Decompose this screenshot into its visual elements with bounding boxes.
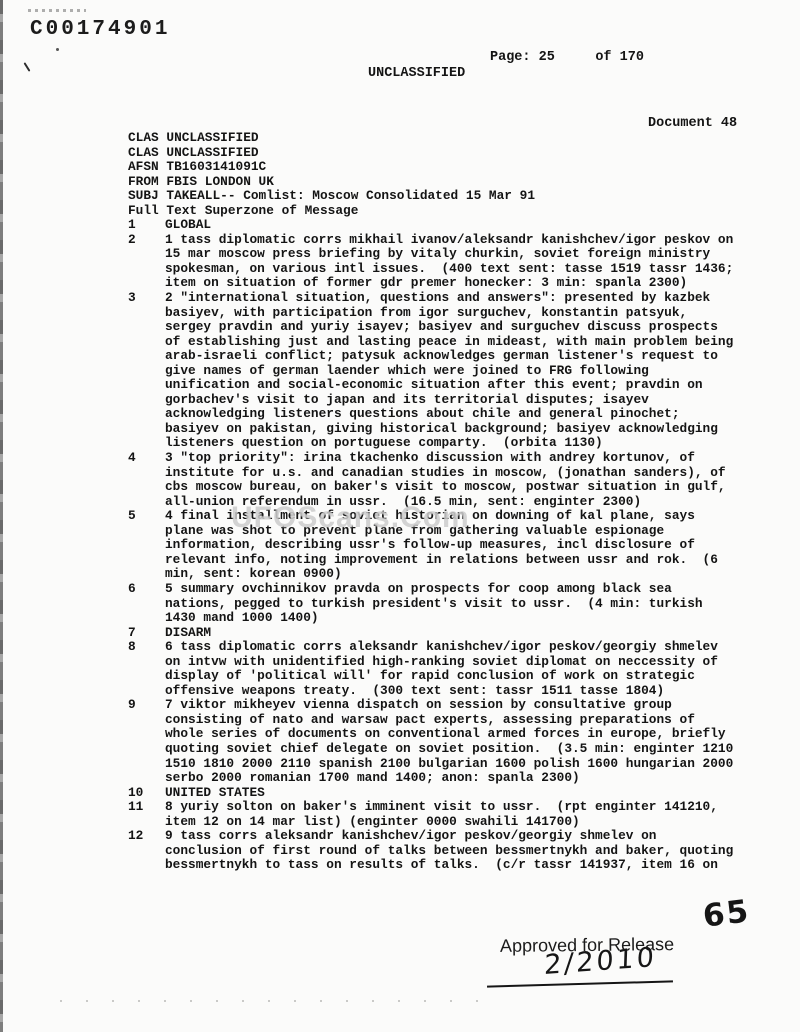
page-indicator: Page: 25 of 170: [490, 50, 644, 65]
paragraph-text: UNITED STATES: [165, 786, 265, 801]
paragraph-text: GLOBAL: [165, 218, 211, 233]
header-line: FROM FBIS LONDON UK: [128, 175, 788, 190]
header-line: CLAS UNCLASSIFIED: [128, 131, 788, 146]
paragraph: 6 5 summary ovchinnikov pravda on prospe…: [128, 582, 788, 626]
paragraph: 7 DISARM: [128, 626, 788, 641]
paragraph-text: 6 tass diplomatic corrs aleksandr kanish…: [165, 640, 718, 698]
paragraph-text: 1 tass diplomatic corrs mikhail ivanov/a…: [165, 233, 733, 291]
approval-signature-line: [487, 980, 673, 987]
paragraph: 12 9 tass corrs aleksandr kanishchev/igo…: [128, 829, 788, 873]
paragraph-number: 9: [128, 698, 165, 785]
paragraph-number: 8: [128, 640, 165, 698]
paragraph: 2 1 tass diplomatic corrs mikhail ivanov…: [128, 233, 788, 291]
header-line: AFSN TB1603141091C: [128, 160, 788, 175]
scan-speckle-top: [28, 9, 86, 12]
document-page: C00174901 Page: 25 of 170 UNCLASSIFIED D…: [0, 0, 800, 1032]
classification-header: UNCLASSIFIED: [368, 66, 465, 81]
paragraph: 9 7 viktor mikheyev vienna dispatch on s…: [128, 698, 788, 785]
paragraph-number: 6: [128, 582, 165, 626]
handwritten-page-number: 65: [701, 893, 752, 934]
document-label: Document 48: [648, 116, 737, 131]
paragraph-number: 10: [128, 786, 165, 801]
paragraph: 1 GLOBAL: [128, 218, 788, 233]
paragraph-number: 3: [128, 291, 165, 451]
header-line: Full Text Superzone of Message: [128, 204, 788, 219]
stray-mark-tick: [24, 62, 31, 72]
scan-edge-artifact: [0, 0, 3, 1032]
approval-date-handwritten: 2/2010: [544, 942, 658, 981]
site-watermark: UFOScans.Com: [231, 501, 470, 535]
paragraph-number: 2: [128, 233, 165, 291]
paragraph-number: 11: [128, 800, 165, 829]
paragraph-text: 7 viktor mikheyev vienna dispatch on ses…: [165, 698, 733, 785]
paragraph-text: DISARM: [165, 626, 211, 641]
header-line: SUBJ TAKEALL-- Comlist: Moscow Consolida…: [128, 189, 788, 204]
paragraph-number: 4: [128, 451, 165, 509]
paragraph: 10 UNITED STATES: [128, 786, 788, 801]
paragraph-number: 7: [128, 626, 165, 641]
paragraph-number: 5: [128, 509, 165, 582]
paragraph: 11 8 yuriy solton on baker's imminent vi…: [128, 800, 788, 829]
stray-mark-dot: [56, 48, 59, 51]
paragraph-number: 1: [128, 218, 165, 233]
header-line: CLAS UNCLASSIFIED: [128, 146, 788, 161]
paragraph-text: 5 summary ovchinnikov pravda on prospect…: [165, 582, 703, 626]
scan-id: C00174901: [30, 18, 170, 41]
paragraph: 3 2 "international situation, questions …: [128, 291, 788, 451]
paragraph: 8 6 tass diplomatic corrs aleksandr kani…: [128, 640, 788, 698]
paragraph-text: 8 yuriy solton on baker's imminent visit…: [165, 800, 718, 829]
paragraph-text: 9 tass corrs aleksandr kanishchev/igor p…: [165, 829, 733, 873]
paragraph-text: 2 "international situation, questions an…: [165, 291, 733, 451]
scan-speckle-bottom: [60, 1000, 480, 1002]
paragraph-number: 12: [128, 829, 165, 873]
